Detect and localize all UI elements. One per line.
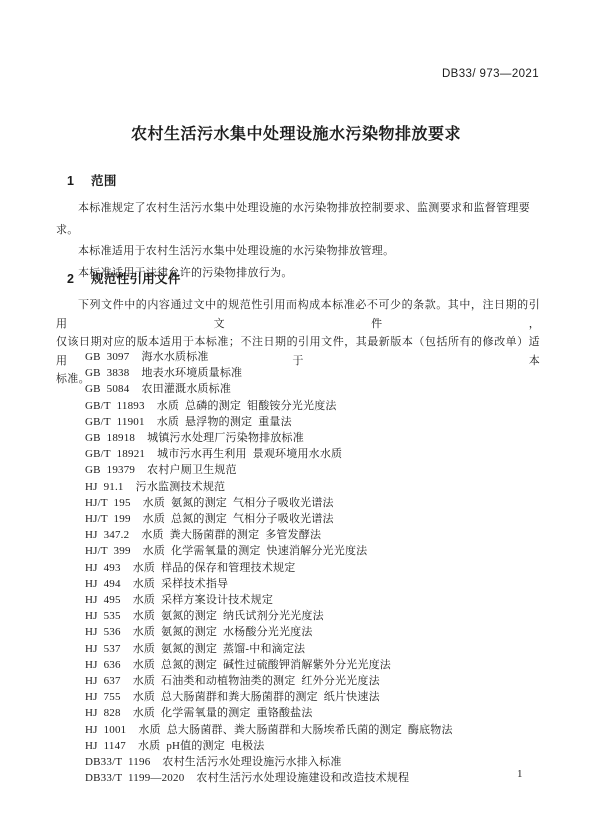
reference-title: 水质 总大肠菌群、粪大肠菌群和大肠埃希氏菌的测定 酶底物法 (138, 724, 452, 736)
reference-item: DB33/T 1199—2020农村生活污水处理设施建设和改造技术规程 (85, 770, 545, 786)
reference-title: 水质 氨氮的测定 水杨酸分光光度法 (133, 626, 313, 638)
reference-title: 污水监测技术规范 (136, 481, 226, 493)
reference-title: 水质 总氮的测定 气相分子吸收光谱法 (143, 513, 334, 525)
reference-item: HJ/T 195水质 氨氮的测定 气相分子吸收光谱法 (85, 495, 545, 511)
reference-code: HJ 91.1 (85, 481, 124, 493)
reference-code: HJ 828 (85, 707, 121, 719)
reference-code: HJ 637 (85, 675, 121, 687)
reference-code: HJ 636 (85, 659, 121, 671)
section-2-title: 规范性引用文件 (91, 272, 181, 286)
reference-item: GB 3097海水水质标准 (85, 349, 545, 365)
reference-code: GB 5084 (85, 383, 129, 395)
reference-code: DB33/T 1196 (85, 756, 150, 768)
reference-title: 水质 氨氮的测定 气相分子吸收光谱法 (143, 497, 334, 509)
reference-code: GB 3838 (85, 367, 129, 379)
reference-code: GB 3097 (85, 351, 129, 363)
reference-item: HJ/T 199水质 总氮的测定 气相分子吸收光谱法 (85, 511, 545, 527)
reference-item: HJ 494水质 采样技术指导 (85, 576, 545, 592)
reference-item: HJ 493水质 样品的保存和管理技术规定 (85, 560, 545, 576)
reference-code: HJ 493 (85, 562, 121, 574)
reference-title: 城市污水再生利用 景观环境用水水质 (157, 448, 342, 460)
reference-title: 水质 总大肠菌群和粪大肠菌群的测定 纸片快速法 (133, 691, 380, 703)
reference-code: HJ 537 (85, 643, 121, 655)
section-1-heading: 1 范围 (67, 171, 117, 189)
reference-title: 水质 氨氮的测定 蒸馏-中和滴定法 (133, 643, 306, 655)
reference-code: HJ 536 (85, 626, 121, 638)
reference-code: GB/T 18921 (85, 448, 145, 460)
reference-item: GB 19379农村户厕卫生规范 (85, 462, 545, 478)
reference-title: 水质 化学需氧量的测定 快速消解分光光度法 (143, 545, 368, 557)
reference-code: HJ 1147 (85, 740, 126, 752)
reference-item: GB/T 18921城市污水再生利用 景观环境用水水质 (85, 446, 545, 462)
reference-title: 水质 石油类和动植物油类的测定 红外分光光度法 (133, 675, 380, 687)
section-2-number: 2 (67, 272, 74, 286)
reference-item: GB 3838地表水环境质量标准 (85, 365, 545, 381)
reference-item: HJ 535水质 氨氮的测定 纳氏试剂分光光度法 (85, 608, 545, 624)
reference-code: HJ 495 (85, 594, 121, 606)
reference-item: HJ 537水质 氨氮的测定 蒸馏-中和滴定法 (85, 641, 545, 657)
reference-code: HJ 1001 (85, 724, 126, 736)
section-1-title: 范围 (91, 174, 117, 188)
reference-item: HJ 1147水质 pH值的测定 电极法 (85, 738, 545, 754)
reference-item: HJ 1001水质 总大肠菌群、粪大肠菌群和大肠埃希氏菌的测定 酶底物法 (85, 722, 545, 738)
reference-item: GB/T 11893水质 总磷的测定 钼酸铵分光光度法 (85, 398, 545, 414)
reference-title: 水质 采样方案设计技术规定 (133, 594, 273, 606)
reference-title: 农村生活污水处理设施污水排入标准 (162, 756, 341, 768)
reference-code: HJ/T 195 (85, 497, 131, 509)
section-2-heading: 2 规范性引用文件 (67, 269, 181, 287)
reference-code: GB 19379 (85, 464, 135, 476)
reference-item: HJ 495水质 采样方案设计技术规定 (85, 592, 545, 608)
reference-title: 地表水环境质量标准 (141, 367, 242, 379)
reference-title: 农村户厕卫生规范 (147, 464, 237, 476)
reference-title: 水质 pH值的测定 电极法 (138, 740, 265, 752)
section-1-number: 1 (67, 174, 74, 188)
references-list: GB 3097海水水质标准 GB 3838地表水环境质量标准 GB 5084农田… (85, 349, 545, 786)
reference-item: GB 18918城镇污水处理厂污染物排放标准 (85, 430, 545, 446)
reference-item: HJ/T 399水质 化学需氧量的测定 快速消解分光光度法 (85, 543, 545, 559)
reference-title: 农田灌溉水质标准 (141, 383, 231, 395)
document-title: 农村生活污水集中处理设施水污染物排放要求 (0, 121, 592, 144)
intro-paragraph-line: 下列文件中的内容通过文中的规范性引用而构成本标准必不可少的条款。其中，注日期的引… (56, 296, 540, 333)
reference-code: HJ/T 399 (85, 545, 131, 557)
reference-title: 水质 总磷的测定 钼酸铵分光光度法 (157, 400, 337, 412)
reference-title: 水质 样品的保存和管理技术规定 (133, 562, 296, 574)
reference-code: HJ 347.2 (85, 529, 129, 541)
reference-item: HJ 637水质 石油类和动植物油类的测定 红外分光光度法 (85, 673, 545, 689)
reference-code: GB 18918 (85, 432, 135, 444)
reference-code: GB/T 11893 (85, 400, 145, 412)
reference-item: HJ 755水质 总大肠菌群和粪大肠菌群的测定 纸片快速法 (85, 689, 545, 705)
reference-title: 水质 化学需氧量的测定 重铬酸盐法 (133, 707, 313, 719)
reference-item: DB33/T 1196农村生活污水处理设施污水排入标准 (85, 754, 545, 770)
reference-item: HJ 828水质 化学需氧量的测定 重铬酸盐法 (85, 705, 545, 721)
reference-item: HJ 536水质 氨氮的测定 水杨酸分光光度法 (85, 624, 545, 640)
reference-code: HJ 535 (85, 610, 121, 622)
reference-item: GB/T 11901水质 悬浮物的测定 重量法 (85, 414, 545, 430)
document-page: DB33/ 973—2021 农村生活污水集中处理设施水污染物排放要求 1 范围… (0, 0, 592, 821)
standard-code-header: DB33/ 973—2021 (442, 68, 539, 80)
reference-item: GB 5084农田灌溉水质标准 (85, 381, 545, 397)
reference-title: 海水水质标准 (141, 351, 208, 363)
reference-title: 水质 粪大肠菌群的测定 多管发酵法 (141, 529, 321, 541)
reference-code: GB/T 11901 (85, 416, 145, 428)
reference-title: 水质 总氮的测定 碱性过硫酸钾消解紫外分光光度法 (133, 659, 391, 671)
reference-code: HJ/T 199 (85, 513, 131, 525)
reference-item: HJ 636水质 总氮的测定 碱性过硫酸钾消解紫外分光光度法 (85, 657, 545, 673)
scope-paragraph: 本标准规定了农村生活污水集中处理设施的水污染物排放控制要求、监测要求和监督管理要… (56, 198, 540, 241)
reference-item: HJ 91.1污水监测技术规范 (85, 479, 545, 495)
page-number: 1 (517, 768, 523, 780)
reference-title: 水质 采样技术指导 (133, 578, 229, 590)
reference-title: 水质 氨氮的测定 纳氏试剂分光光度法 (133, 610, 324, 622)
scope-paragraph: 本标准适用于农村生活污水集中处理设施的水污染物排放管理。 (56, 241, 540, 263)
reference-code: DB33/T 1199—2020 (85, 772, 184, 784)
reference-title: 城镇污水处理厂污染物排放标准 (147, 432, 304, 444)
reference-code: HJ 755 (85, 691, 121, 703)
reference-title: 农村生活污水处理设施建设和改造技术规程 (196, 772, 409, 784)
reference-code: HJ 494 (85, 578, 121, 590)
reference-item: HJ 347.2水质 粪大肠菌群的测定 多管发酵法 (85, 527, 545, 543)
reference-title: 水质 悬浮物的测定 重量法 (157, 416, 292, 428)
